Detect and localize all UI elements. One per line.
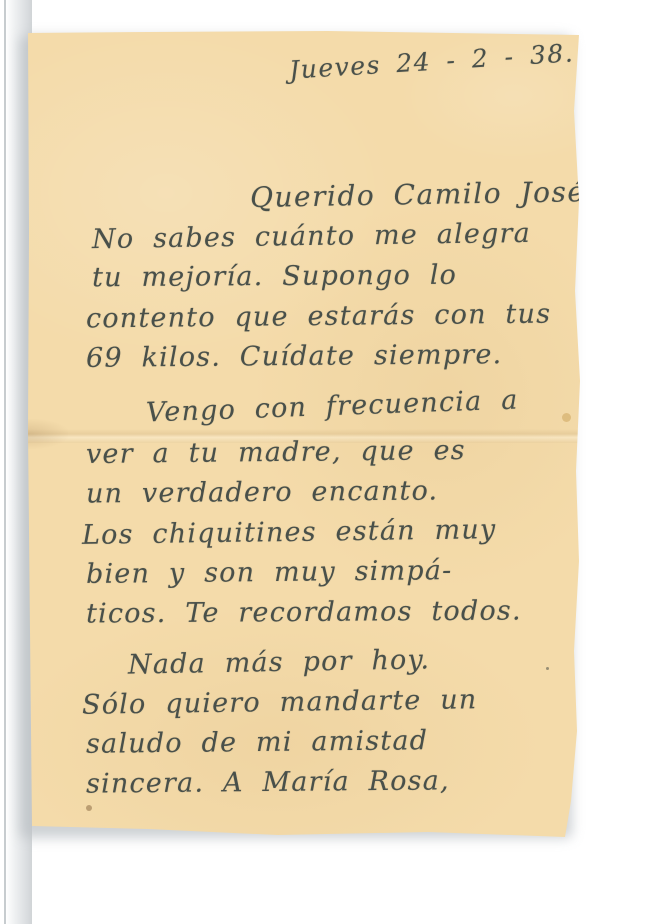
letter-line: Vengo con frecuencia a [146,385,519,429]
letter-date: Jueves 24 - 2 - 38. [288,38,575,84]
scan-background: Jueves 24 - 2 - 38. Querido Camilo José:… [0,0,650,924]
letter-line: Sólo quiero mandarte un [82,684,478,721]
letter-salutation: Querido Camilo José: [250,175,597,214]
paper-stain [562,413,571,422]
scanner-edge-line [4,0,6,924]
letter-line: bien y son muy simpá- [86,555,453,590]
letter-paper: Jueves 24 - 2 - 38. Querido Camilo José:… [28,31,580,841]
letter-line: sincera. A María Rosa, [86,765,450,799]
letter-line: Los chiquitines están muy [82,514,497,551]
letter-line: contento que estarás con tus [86,299,551,335]
letter-line: No sabes cuánto me alegra [92,218,531,255]
letter-line: saludo de mi amistad [86,725,428,760]
letter-line: Nada más por hoy. [128,644,431,680]
ink-dot [546,667,549,670]
letter-line: ticos. Te recordamos todos. [86,595,522,629]
letter-line: tu mejoría. Supongo lo [92,260,457,294]
letter-line: ver a tu madre, que es [86,435,466,470]
paper-speck [86,805,92,811]
letter-line: un verdadero encanto. [86,475,439,509]
letter-line: 69 kilos. Cuídate siempre. [86,339,503,374]
fold-crease-shadow [28,419,68,449]
